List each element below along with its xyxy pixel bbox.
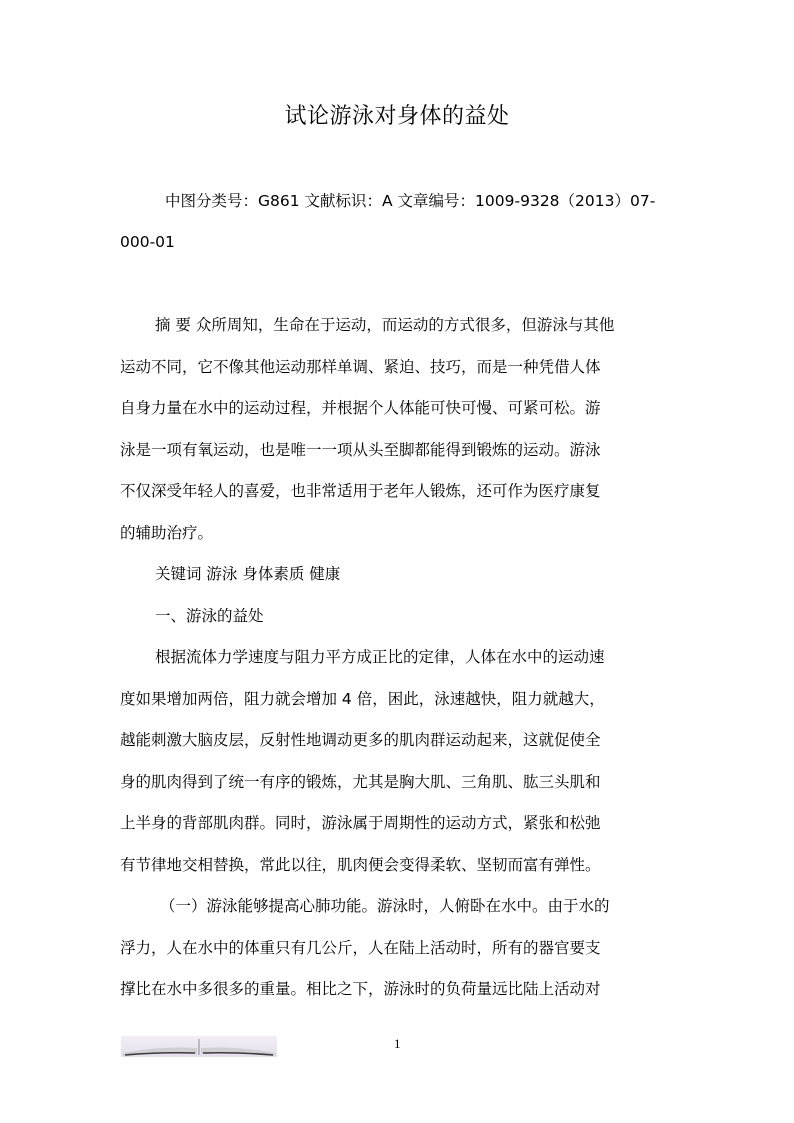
section-heading: 一、游泳的益处 <box>155 605 264 627</box>
document-page: 试论游泳对身体的益处 中图分类号：G861 文献标识：A 文章编号：1009-9… <box>0 0 794 1123</box>
body-line: 浮力，人在水中的体重只有几公斤，人在陆上活动时，所有的器官要支 <box>120 937 601 959</box>
page-number: 1 <box>394 1036 401 1052</box>
subsection-line: （一）游泳能够提高心肺功能。游泳时，人俯卧在水中。由于水的 <box>160 895 610 917</box>
body-line: 有节律地交相替换，常此以往，肌肉便会变得柔软、坚韧而富有弹性。 <box>120 854 601 876</box>
abstract-line: 摘 要 众所周知，生命在于运动，而运动的方式很多，但游泳与其他 <box>155 314 614 336</box>
classification-line: 中图分类号：G861 文献标识：A 文章编号：1009-9328（2013）07… <box>165 190 655 212</box>
body-line: 根据流体力学速度与阻力平方成正比的定律，人体在水中的运动速 <box>155 646 605 668</box>
body-line: 上半身的背部肌肉群。同时，游泳属于周期性的运动方式，紧张和松弛 <box>120 812 601 834</box>
body-line: 撑比在水中多很多的重量。相比之下，游泳时的负荷量远比陆上活动对 <box>120 978 601 1000</box>
keywords-line: 关键词 游泳 身体素质 健康 <box>155 563 340 585</box>
document-title: 试论游泳对身体的益处 <box>0 102 794 132</box>
body-line: 身的肌肉得到了统一有序的锻炼，尤其是胸大肌、三角肌、肱三头肌和 <box>120 771 601 793</box>
abstract-line: 不仅深受年轻人的喜爱，也非常适用于老年人锻炼，还可作为医疗康复 <box>120 480 601 502</box>
open-book-icon <box>121 1036 277 1057</box>
abstract-line: 的辅助治疗。 <box>120 522 213 544</box>
abstract-line: 运动不同，它不像其他运动那样单调、紧迫、技巧，而是一种凭借人体 <box>120 356 601 378</box>
body-line: 越能刺激大脑皮层，反射性地调动更多的肌肉群运动起来，这就促使全 <box>120 729 601 751</box>
abstract-line: 泳是一项有氧运动，也是唯一一项从头至脚都能得到锻炼的运动。游泳 <box>120 439 601 461</box>
abstract-line: 自身力量在水中的运动过程，并根据个人体能可快可慢、可紧可松。游 <box>120 397 601 419</box>
classification-line-cont: 000-01 <box>120 231 175 253</box>
body-line: 度如果增加两倍，阻力就会增加 4 倍，困此，泳速越快，阻力就越大， <box>120 688 605 710</box>
